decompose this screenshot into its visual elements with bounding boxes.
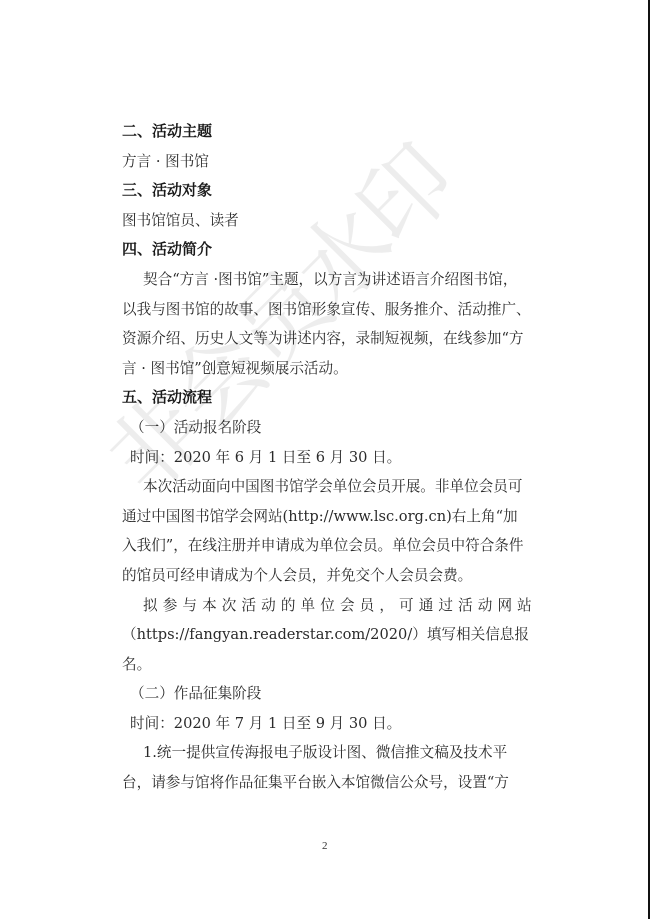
intro-line-3: 资源介绍、历史人文等为讲述内容，录制短视频，在线参加“方 xyxy=(122,324,542,354)
phase1-p1-line-2: 通过中国图书馆学会网站(http://www.lsc.org.cn)右上角“加 xyxy=(122,502,542,532)
phase2-time: 时间：2020 年 7 月 1 日至 9 月 30 日。 xyxy=(122,709,542,739)
section-heading-intro: 四、活动简介 xyxy=(122,235,542,265)
phase2-heading: （二）作品征集阶段 xyxy=(122,679,542,709)
section-heading-audience: 三、活动对象 xyxy=(122,176,542,206)
section-heading-process: 五、活动流程 xyxy=(122,383,542,413)
document-body: 二、活动主题 方言 · 图书馆 三、活动对象 图书馆馆员、读者 四、活动简介 契… xyxy=(122,117,542,798)
intro-line-2: 以我与图书馆的故事、图书馆形象宣传、服务推介、活动推广、 xyxy=(122,295,542,325)
section-heading-theme: 二、活动主题 xyxy=(122,117,542,147)
phase1-p2-line-1: 拟参与本次活动的单位会员，可通过活动网站 xyxy=(122,591,542,621)
intro-line-1: 契合“方言 ·图书馆”主题，以方言为讲述语言介绍图书馆， xyxy=(122,265,542,295)
phase1-p2-line-3: 名。 xyxy=(122,650,542,680)
phase1-p1-line-4: 的馆员可经申请成为个人会员，并免交个人会员会费。 xyxy=(122,561,542,591)
document-page: 非会员水印 二、活动主题 方言 · 图书馆 三、活动对象 图书馆馆员、读者 四、… xyxy=(0,0,650,919)
phase1-p1-line-3: 入我们”，在线注册并申请成为单位会员。单位会员中符合条件 xyxy=(122,531,542,561)
phase2-item1-line-1: 1.统一提供宣传海报电子版设计图、微信推文稿及技术平 xyxy=(122,738,542,768)
phase1-p2-line-2: （https://fangyan.readerstar.com/2020/）填写… xyxy=(122,620,542,650)
phase1-heading: （一）活动报名阶段 xyxy=(122,413,542,443)
page-number: 2 xyxy=(322,840,328,852)
audience-text: 图书馆馆员、读者 xyxy=(122,206,542,236)
phase1-p1-line-1: 本次活动面向中国图书馆学会单位会员开展。非单位会员可 xyxy=(122,472,542,502)
theme-text: 方言 · 图书馆 xyxy=(122,147,542,177)
phase1-time: 时间：2020 年 6 月 1 日至 6 月 30 日。 xyxy=(122,443,542,473)
intro-line-4: 言 · 图书馆”创意短视频展示活动。 xyxy=(122,354,542,384)
phase2-item1-line-2: 台，请参与馆将作品征集平台嵌入本馆微信公众号，设置“方 xyxy=(122,768,542,798)
